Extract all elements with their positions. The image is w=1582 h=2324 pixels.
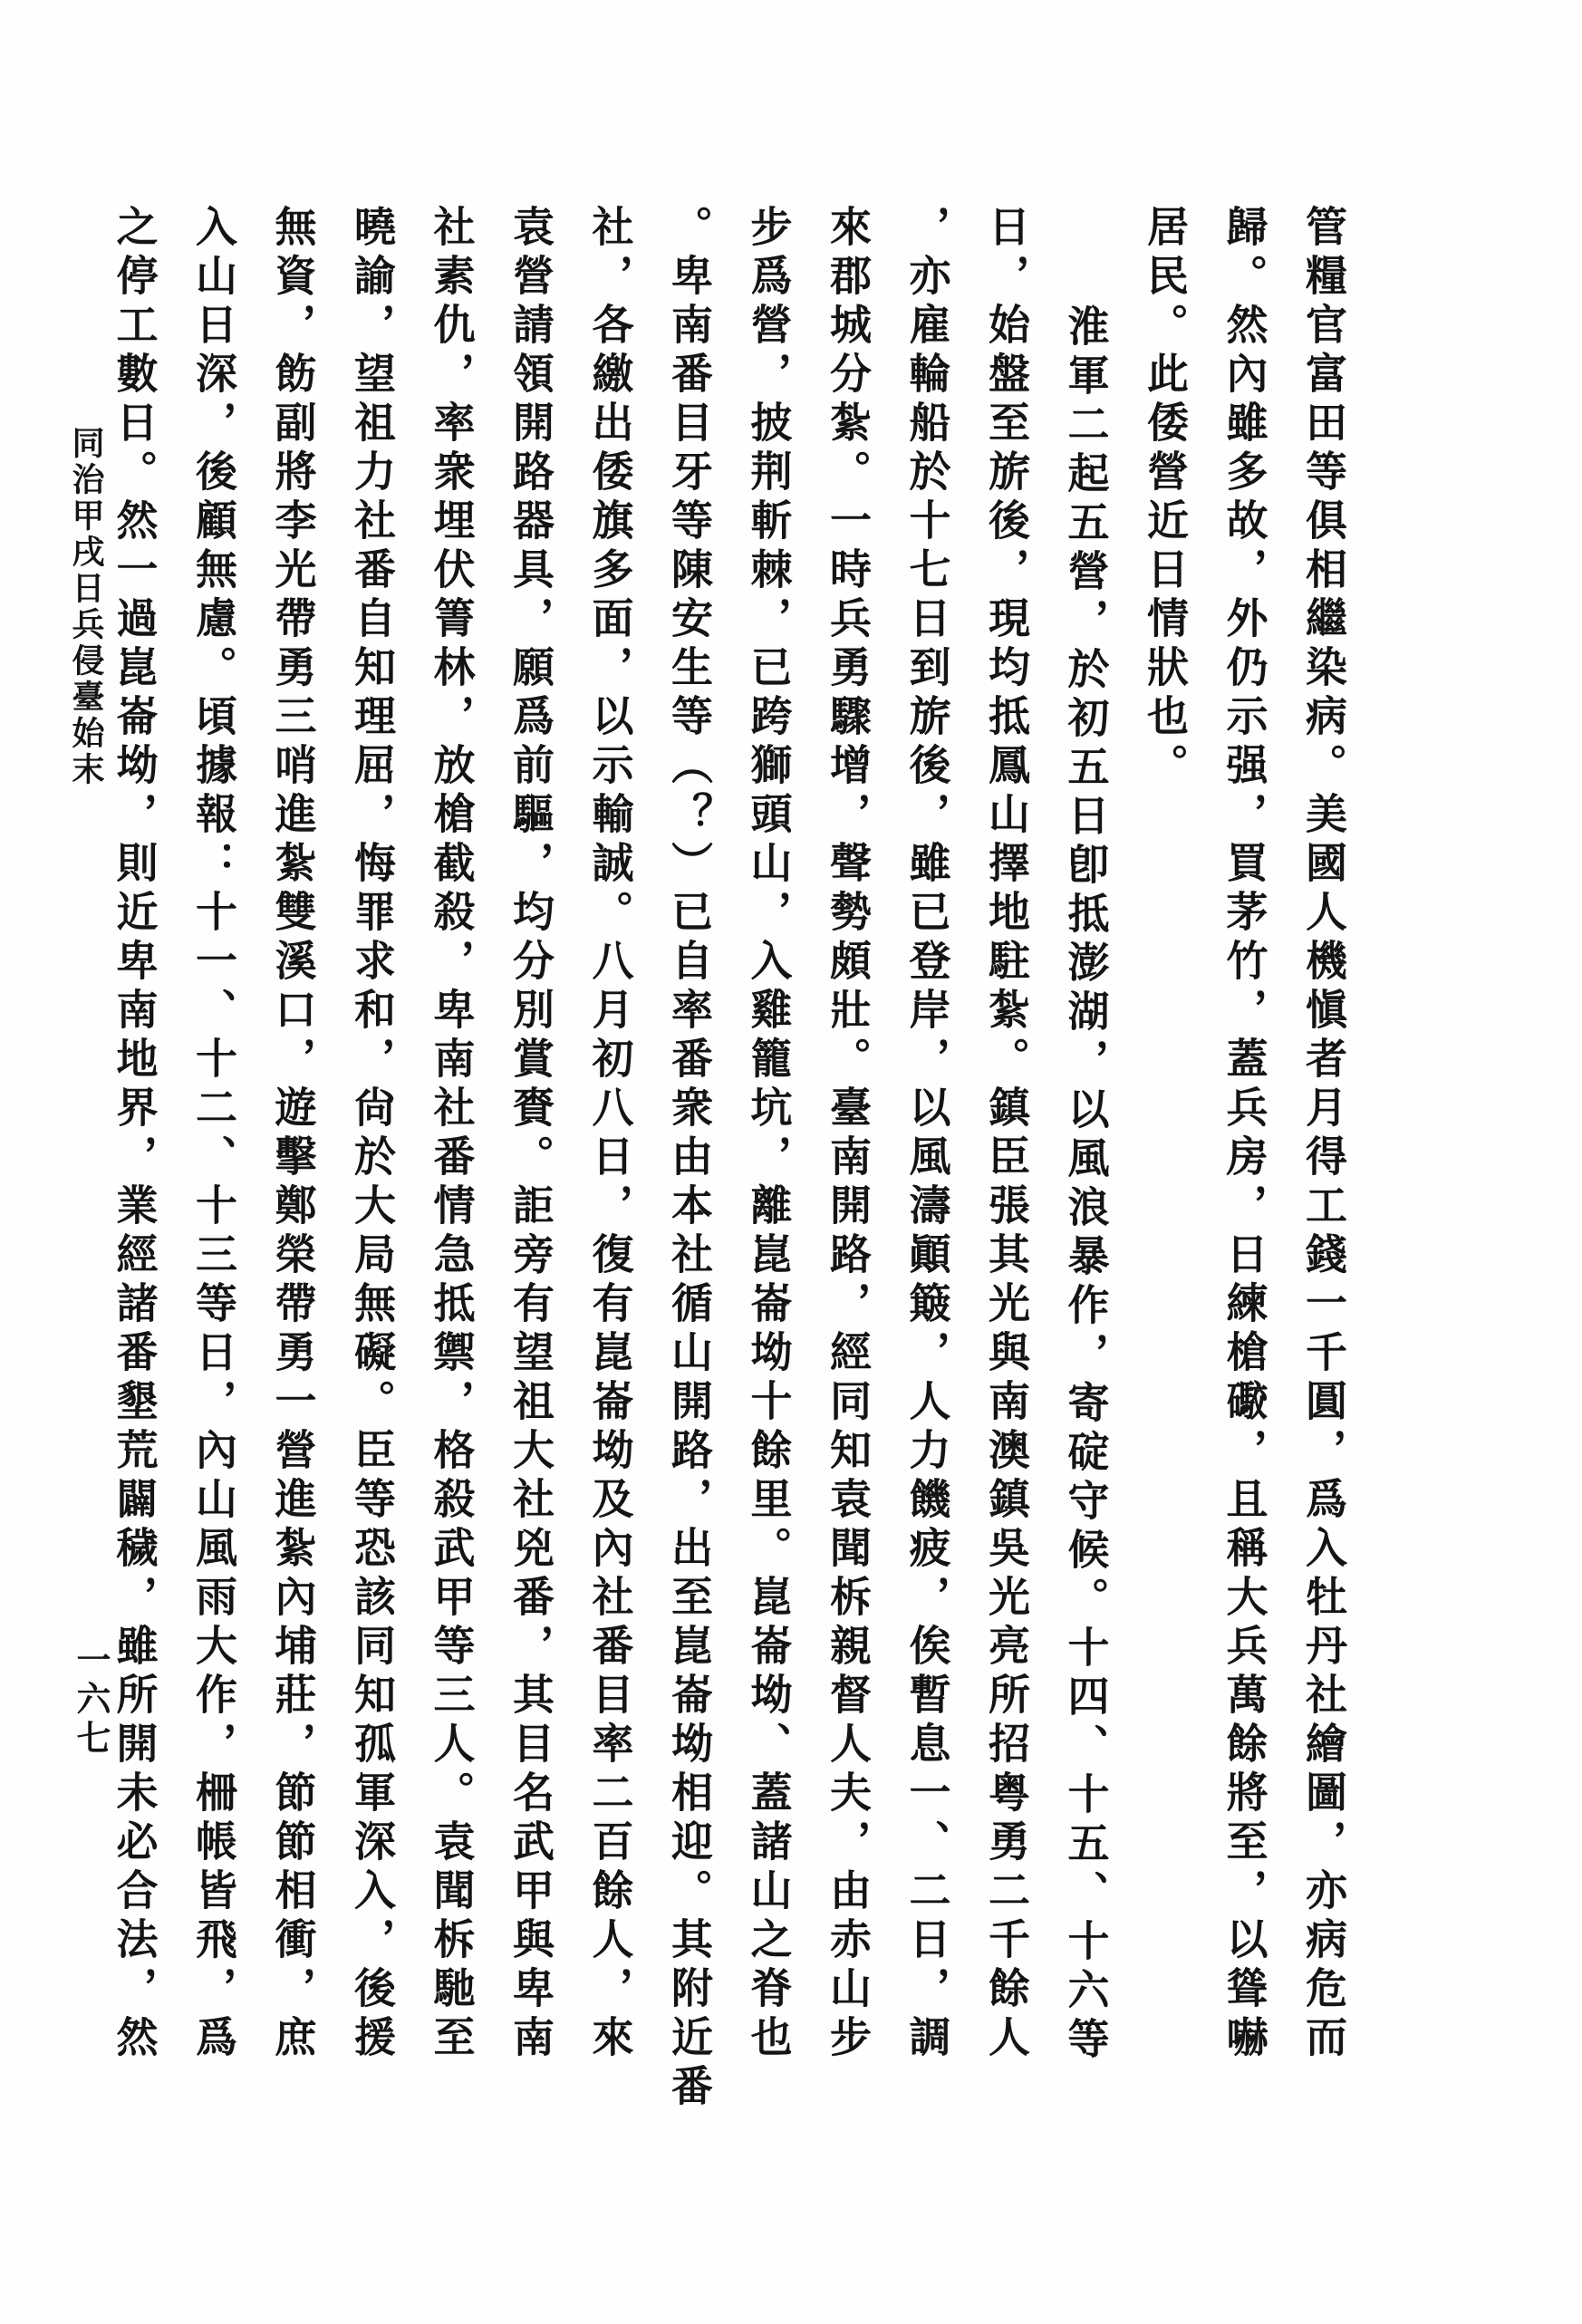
text-column: 來郡城分紮。一時兵勇驟增，聲勢頗壯。臺南開路，經同知袁聞柝親督人夫，由赤山步 (808, 205, 888, 2157)
text-column: 社素仇，率衆埋伏箐林，放槍截殺，卑南社番情急抵禦，格殺武甲等三人。袁聞柝馳至 (411, 205, 491, 2157)
book-page: 管糧官富田等俱相繼染病。美國人機愼者月得工錢一千圓，爲入牡丹社繪圖，亦病危而歸。… (0, 0, 1582, 2324)
text-column: 歸。然內雖多故，外仍示强，買茅竹，蓋兵房，日練槍礮，且稱大兵萬餘將至，以聳嚇 (1204, 205, 1284, 2157)
text-column: 曉諭，望祖力社番自知理屈，悔罪求和，尙於大局無礙。臣等恐該同知孤軍深入，後援 (333, 205, 412, 2157)
text-column: 管糧官富田等俱相繼染病。美國人機愼者月得工錢一千圓，爲入牡丹社繪圖，亦病危而 (1284, 205, 1364, 2157)
page-number: 一六七 (65, 1642, 115, 1759)
text-column: ，亦雇輪船於十七日到旂後，雖已登岸，以風濤顚簸，人力饑疲，俟暫息一、二日，調 (887, 205, 967, 2157)
text-column: 居民。此倭營近日情狀也。 (1125, 205, 1205, 2157)
margin-book-title: 同治甲戌日兵侵臺始末 (63, 426, 110, 788)
text-column: 無資，飭副將李光帶勇三哨進紮雙溪口，遊擊鄭榮帶勇一營進紮內埔莊，節節相衝，庶 (253, 205, 333, 2157)
text-column: 步爲營，披荆斬棘，已跨獅頭山，入雞籠坑，離崑崙坳十餘里。崑崙坳、蓋諸山之脊也 (728, 205, 808, 2157)
text-column: 袁營請領開路器具，願爲前驅，均分別賞賚。詎旁有望祖大社兇番，其目名武甲與卑南 (491, 205, 571, 2157)
text-column: 入山日深，後顧無慮。頃據報：十一、十二、十三等日，內山風雨大作，柵帳皆飛，爲 (174, 205, 254, 2157)
text-column: 社，各繳出倭旗多面，以示輸誠。八月初八日，復有崑崙坳及內社番目率二百餘人，來 (570, 205, 650, 2157)
text-column: 淮軍二起五營，於初五日卽抵澎湖，以風浪暴作，寄碇守候。十四、十五、十六等 (1046, 205, 1125, 2157)
text-column: 日，始盤至旂後，現均抵鳳山擇地駐紮。鎮臣張其光與南澳鎮吳光亮所招粤勇二千餘人 (967, 205, 1047, 2157)
main-text-block: 管糧官富田等俱相繼染病。美國人機愼者月得工錢一千圓，爲入牡丹社繪圖，亦病危而歸。… (94, 205, 1363, 2157)
text-column: 。卑南番目牙等陳安生等（？）已自率番衆由本社循山開路，出至崑崙坳相迎。其附近番 (650, 205, 729, 2157)
